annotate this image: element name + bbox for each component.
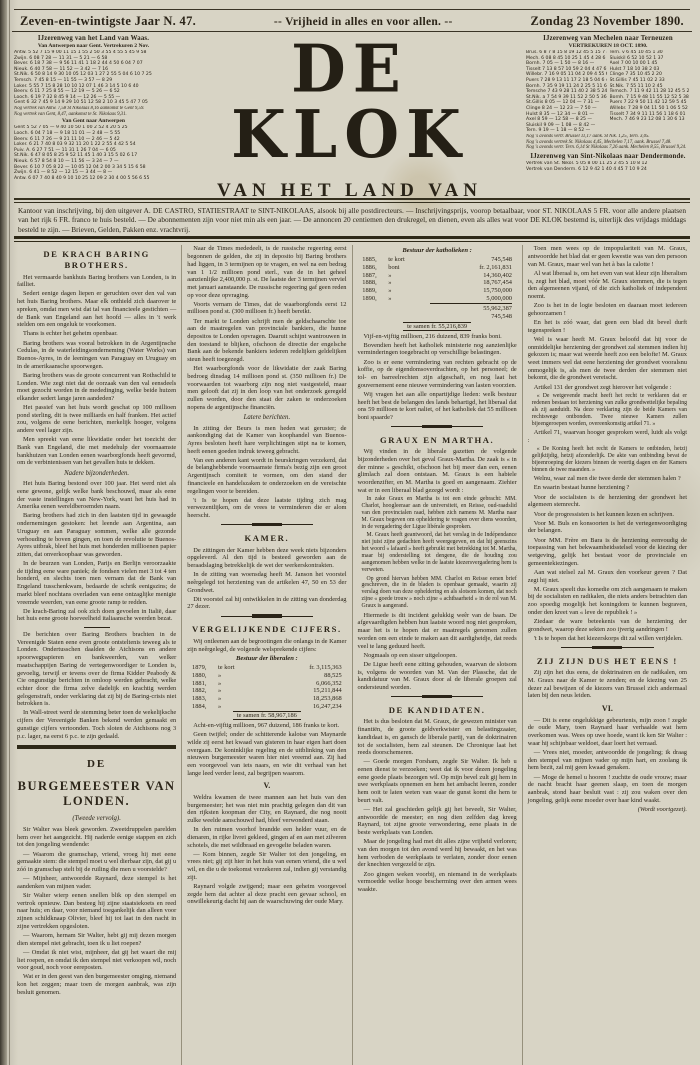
schedule-times: Antw. 5 52 7 15 9 00 11 15 1 55 2 50 3 5… [14,50,173,106]
article-heading: KAMER. [187,533,346,543]
table-kind: boni [388,264,422,272]
article-heading: DE KRACH BARING BROTHERS. [17,249,176,270]
article-paragraph: De Ligue heeft eene zitting gehouden, wa… [358,661,517,692]
article-paragraph: — Dit is eene ongelukkige gebeurtenis, m… [528,717,687,748]
table-row: 1890,»5,000,000 [362,295,512,303]
schedule-direction: Van Gent naar Antwerpen [14,118,173,124]
table-kind: » [218,703,252,711]
article-paragraph: Het is dus besloten dat M. Graux, de gew… [358,718,517,756]
table-row: 1884,»16,247,234 [192,703,342,711]
article-paragraph: Sir Walter wierp eenen snellen blik op d… [17,892,176,930]
double-rule [14,198,690,203]
budget-table: Bestuur der katholieken :1885,te kort745… [362,247,512,331]
article-paragraph: In de beurzen van Londen, Parijs en Berl… [17,560,176,606]
article-paragraph: M. Graux speelt dus komedie om zich aang… [528,586,687,617]
article-paragraph: — Mijnheer, antwoordde Raynard, deze ste… [17,875,176,890]
chapter-number: V. [187,781,346,791]
article-paragraph: Zoo is er eene vermindering van rechten … [358,359,517,390]
article-paragraph: 't Is te hopen dat deze laatste tijding … [187,497,346,520]
table-kind: » [388,272,422,280]
table-year: 1888, [362,279,388,287]
table-caption: Bestuur der liberalen : [192,655,342,663]
title-block: DE KLOK VAN HET LAND VAN WAAS. WEEKBLAD … [175,32,524,198]
table-kind: » [218,695,252,703]
heavy-rule [14,236,690,242]
article-paragraph: 't Is te hopen dat het kiezerskorps dit … [528,635,687,643]
article-paragraph: De berichten over Baring Brothers bracht… [17,631,176,708]
feuilleton-title: BURGEMEESTER VAN LONDEN. [17,779,176,809]
article-heading: VERGELIJKENDE CIJFERS. [187,624,346,634]
article-paragraph: Sir Walter was bleek geworden. Zweetdrup… [17,826,176,849]
section-rule [391,426,483,430]
article-paragraph: Thans is echter het geheim openbaar. [17,330,176,338]
text-column-2: Naar de Times mededeelt, is de russische… [181,245,351,1065]
article-heading: ZIJ ZIJN DUS HET EENS ! [528,656,687,666]
train-schedule-waas: IJzerenweg van het Land van Waas. Van An… [12,32,175,198]
table-total: te samen fr. 55,216,839 [362,323,512,331]
total-amount: te samen fr. 58,967,186 [233,711,301,720]
article-paragraph: Aan wat stelsel zal M. Graux den voorkeu… [528,569,687,584]
article-paragraph: Naar de Times mededeelt, is de russische… [187,245,346,299]
schedule-times: Gent 5 52 7 05 — 9 40 10 50 1 00 2 52 4 … [14,125,173,181]
article-paragraph: Het vermaarde bankhuis Baring brothers v… [17,274,176,289]
table-year: 1890, [362,295,388,303]
article-paragraph: Raynard volgde zwijgend; maar een geheim… [187,883,346,906]
table-subtotals: 55,962,387745,548 [430,303,512,320]
article-paragraph: Artikel 131 der grondwet zegt hierover h… [528,384,687,392]
quoted-paragraph: M. Graux heeft geantwoord, dat het versl… [362,532,517,574]
article-paragraph: De krach-Baring zal ook zich doen gevoel… [17,608,176,623]
table-year: 1882, [192,687,218,695]
table-kind: » [388,295,422,303]
article-paragraph: Ter markt te Londen schrijft men de geld… [187,318,346,364]
article-paragraph: Acht-en-vijftig millioen, 967 duizend, 1… [187,722,346,730]
article-paragraph: Maar de jongeling had met dit alles zijn… [358,838,517,869]
table-amount: 16,247,234 [313,703,342,711]
article-paragraph: Zoo gingen weken voorbij, en niemand in … [358,871,517,894]
table-year: 1887, [362,272,388,280]
text-column-4: Toen men wees op de impopulariteit van M… [522,245,692,1065]
article-paragraph: Vijf-en-vijftig millioen, 216 duizend, 8… [358,333,517,341]
schedule-times: Vertrek van St. Nikol. 5 05 8 00 11 25 2… [526,161,690,172]
table-amount: 5,000,000 [486,295,512,303]
table-amount: 88,525 [324,672,342,680]
article-heading: DE KANDIDATEN. [358,705,517,715]
schedule-note: Nog 's avonds vertr. Tern. 6,14 St Nikol… [526,145,690,151]
page-content: Zeven-en-twintigste Jaar N. 47. -- Vrijh… [12,0,692,1065]
table-row: 1888,»18,767,454 [362,279,512,287]
article-paragraph: — Waarom die gramschap, vriend, vroeg hi… [17,851,176,874]
schedule-row: Brus. 6 8 7 8 15 8 19 12 45 5 15 7 48 8 … [526,50,607,56]
table-kind: » [218,672,252,680]
table-year: 1880, [192,672,218,680]
article-columns: DE KRACH BARING BROTHERS.Het vermaarde b… [12,245,692,1065]
budget-table: Bestuur der liberalen :1879,te kortfr. 3… [192,655,342,720]
table-year: 1879, [192,664,218,672]
article-heading: GRAUX EN MARTHA. [358,435,517,445]
masthead: IJzerenweg van het Land van Waas. Van An… [12,31,692,198]
schedule-row: Mech. 7 46 9 23 12 08 1 30 6 13 [610,117,691,123]
feuilleton-title: DE [17,758,176,771]
article-paragraph: Baring brothers was vooral betrokken in … [17,340,176,371]
article-paragraph: In Wall-street werd de stemming beter to… [17,709,176,740]
quoted-paragraph: « De Koning heeft het recht de Kamers te… [532,446,687,474]
article-paragraph: Wij vinden in de liberale gazetten de vo… [358,448,517,494]
schedule-notes: Nog vertrek van Antw. 7,58 St Nikolaas 8… [14,106,173,118]
paper-subtitle: VAN HET LAND VAN WAAS. [175,180,524,198]
article-paragraph: Dit voorstel zal hij ontwikkelen in de z… [187,596,346,611]
quoted-paragraph: Op grond hiervan hebben MM. Charlot en R… [362,576,517,611]
imprint: Kantoor van inschrijving, bij den uitgev… [18,206,686,234]
article-paragraph: Het huis Baring bestond over 100 jaar. H… [17,480,176,511]
table-total: te samen fr. 58,967,186 [192,712,342,720]
total-amount: te samen fr. 55,216,839 [403,322,471,331]
section-rule [221,524,313,528]
article-paragraph: En waarin bestaat hunne herziening ? [528,484,687,492]
table-year: 1884, [192,703,218,711]
article-paragraph: In zitting der Beurs is men heden wat ge… [187,425,346,456]
article-paragraph: Voor de socialisten is de herziening der… [528,494,687,509]
text-column-1: DE KRACH BARING BROTHERS.Het vermaarde b… [12,245,181,1065]
schedule-times: Brus. 6 8 7 8 15 8 19 12 45 5 15 7 48 8 … [526,49,690,134]
section-rule [391,696,483,700]
article-paragraph: Ziedaar de ware beteekenis van de herzie… [528,618,687,633]
article-paragraph: Het passief van het huis wordt geschat o… [17,404,176,435]
article-paragraph: En het is zóó waar, dat geen een blad di… [528,319,687,334]
table-year: 1885, [362,256,388,264]
article-paragraph: Voor M. Buls en konsoorten is het de ver… [528,520,687,535]
table-kind: te kort [218,664,252,672]
table-row: 1880,»88,525 [192,672,342,680]
schedule-times-outbound: Brus. 6 8 7 8 15 8 19 12 45 5 15 7 48 8 … [526,50,607,134]
article-paragraph: In den ruimen voorhof brandde een helder… [187,826,346,849]
article-paragraph: Wat er in den geest van den burgemeester… [17,973,176,996]
schedule-times-return: Tern. v 6 45 10 45 1 30Sluiskil 6 52 10 … [610,50,691,134]
article-paragraph: Wel is waar heeft M. Graux beloofd dat h… [528,336,687,382]
table-year: 1881, [192,680,218,688]
article-paragraph: Wij ontleenen aan de begrootingen die on… [187,638,346,653]
table-row: 1889,»15,750,000 [362,287,512,295]
article-subheading: (Tweede vervolg). [17,815,176,823]
article-subheading: Nadere bijzonderheden. [17,470,176,478]
article-paragraph: In de zitting van woensdag heeft M. Jans… [187,571,346,594]
article-paragraph: Zij zijn het dus eens, de doktrinairen e… [528,669,687,700]
schedule-row: Willebr. 7 28 9 04 11 50 1 06 5 52 [610,106,691,112]
article-paragraph: — Vrees niet, moeder, antwoordde de jong… [528,749,687,772]
quoted-paragraph: « De wetgevende macht heeft het recht te… [532,393,687,428]
text-column-3: Bestuur der katholieken :1885,te kort745… [352,245,522,1065]
article-paragraph: Geen twijfel; onder de schitterende kalo… [187,731,346,777]
table-amount: 18,253,868 [313,695,342,703]
article-paragraph: Voorts vernam de Times, dat de waarborgf… [187,301,346,316]
article-paragraph: Artikel 71, waarvan hooger gesproken wer… [528,429,687,444]
chapter-number: VI. [528,704,687,714]
article-paragraph: Voor de progressisten is het kunnen leze… [528,511,687,519]
motto: -- Vrijheid in alles en voor allen. -- [274,16,453,28]
schedule-row: Temsch. 7 11 9 42 11 28 12 45 5 21 [610,89,691,95]
continuation-note: (Wordt voortgezet). [528,806,687,814]
table-amount: 745,548 [491,256,512,264]
table-kind: » [218,687,252,695]
newspaper-page: Zeven-en-twintigste Jaar N. 47. -- Vrijh… [0,0,700,1065]
table-row: 1887,»14,360,402 [362,272,512,280]
issue-date: Zondag 23 November 1890. [530,14,684,29]
article-paragraph: — Het zal geschieden gelijk gij het beve… [358,806,517,837]
article-paragraph: Van een anderen kant wordt in beurskring… [187,457,346,495]
article-paragraph: Toen men wees op de impopulariteit van M… [528,245,687,268]
article-paragraph: Men spreekt van eene likwidatie onder he… [17,436,176,467]
table-amount: 18,767,454 [483,279,512,287]
schedule-row: Antw. 6 07 7 40 8 40 9 10 10 25 12 09 2 … [14,176,173,182]
article-paragraph: Voor MM. Frère en Bara is de herziening … [528,537,687,568]
table-kind: » [218,680,252,688]
article-paragraph: Bovendien heeft het katholiek ministerie… [358,342,517,357]
paper-title: DE KLOK [175,36,524,167]
article-paragraph: — Omdat ik niet wist, mijnheer, dat gij … [17,949,176,972]
article-paragraph: Nogmaals op een sisser uitgeloopen. [358,652,517,660]
schedule-row: Temsche 7 43 9 28 11 40 2 38 5 24 7 07 9… [526,89,607,95]
schedule-title: IJzerenweg van het Land van Waas. [14,35,173,42]
article-paragraph: Welnu, waar zal men die twee derde der s… [528,475,687,483]
article-paragraph: — Waarom, hernam Sir Walter, hebt gij mi… [17,932,176,947]
table-amount: 6,066,352 [316,680,342,688]
section-rule [221,616,313,620]
article-paragraph: Wij vragen het aan alle onpartijdige lie… [358,391,517,422]
article-paragraph: Zoo is het in de logie besloten en daara… [528,302,687,317]
article-paragraph: De zittingen der Kamer hebben deze week … [187,547,346,570]
table-amount: fr. 3,115,363 [309,664,341,672]
subtotal-amount: 745,548 [430,313,512,321]
article-paragraph: Het waarborgfonds voor de likwidatie der… [187,365,346,411]
article-paragraph: Weldra kwamen de twee mannen aan het hui… [187,794,346,825]
table-kind: te kort [388,256,422,264]
table-year: 1883, [192,695,218,703]
article-paragraph: Baring brothers had zich in den laatsten… [17,512,176,558]
schedule-notes: Nog 's avonds vertr. Brussel 11,17 aank.… [526,134,690,151]
subtotal-amount: 55,962,387 [430,305,512,313]
table-year: 1886, [362,264,388,272]
date-line: Zeven-en-twintigste Jaar N. 47. -- Vrijh… [12,10,692,31]
table-row: 1883,»18,253,868 [192,695,342,703]
schedule-row: Clinge 8 24 — 12 23 — 7 50 — [526,106,607,112]
scan-fold-line [9,0,10,1065]
table-amount: 14,360,402 [483,272,512,280]
schedule-note: Nog vertrek van Gent, 8,47, aankomst te … [14,112,173,118]
train-schedule-mechelen: IJzerenweg van Mechelen naar Terneuzen V… [524,32,692,198]
schedule-title: IJzerenweg van Mechelen naar Terneuzen [526,35,690,42]
paragraph-divider [84,627,110,628]
table-row: 1882,»15,211,844 [192,687,342,695]
table-kind: » [388,279,422,287]
schedule-title: IJzerenweg van Sint-Nikolaas naar Dender… [526,153,690,160]
article-paragraph: Hiermede is dit incident gelukkig weêr v… [358,612,517,650]
quoted-paragraph: In zake Graux en Martha is tot een einde… [362,496,517,531]
feuilleton-rule [17,745,176,749]
table-row: 1879,te kortfr. 3,115,363 [192,664,342,672]
schedule-row: Puers 7 28 9 13 11 17 2 18 5 04 6 47 8 5… [526,78,607,84]
table-amount: 15,750,000 [483,287,512,295]
article-paragraph: — Kom binnen, zegde Sir Walter tot den j… [187,851,346,882]
article-paragraph: — Moge de hemel u hooren ! zuchtte de ou… [528,774,687,805]
issue-number: Zeven-en-twintigste Jaar N. 47. [20,14,196,29]
schedule-direction: Van Antwerpen naar Gent. Vertrekuren 2 N… [14,43,173,49]
article-paragraph: Al wat liberaal is, om het even van wat … [528,270,687,301]
table-row: 1886,bonifr. 2,161,831 [362,264,512,272]
table-year: 1889, [362,287,388,295]
schedule-row: Vertrek van Denderm. 6 12 9 42 1 40 4 45… [526,167,690,173]
article-paragraph: — Goede morgen Forsham, zegde Sir Walter… [358,758,517,804]
table-kind: » [388,287,422,295]
table-row: 1881,»6,066,352 [192,680,342,688]
article-paragraph: Sedert eenige dagen liepen er geruchten … [17,290,176,328]
page-edge [0,0,7,1065]
table-amount: 15,211,844 [313,687,342,695]
table-caption: Bestuur der katholieken : [362,247,512,255]
table-amount: fr. 2,161,831 [479,264,512,272]
article-paragraph: Baring brothers was de groote concurrent… [17,372,176,403]
article-subheading: Latere berichten. [187,414,346,422]
table-row: 1885,te kort745,548 [362,256,512,264]
section-rule [561,647,653,651]
